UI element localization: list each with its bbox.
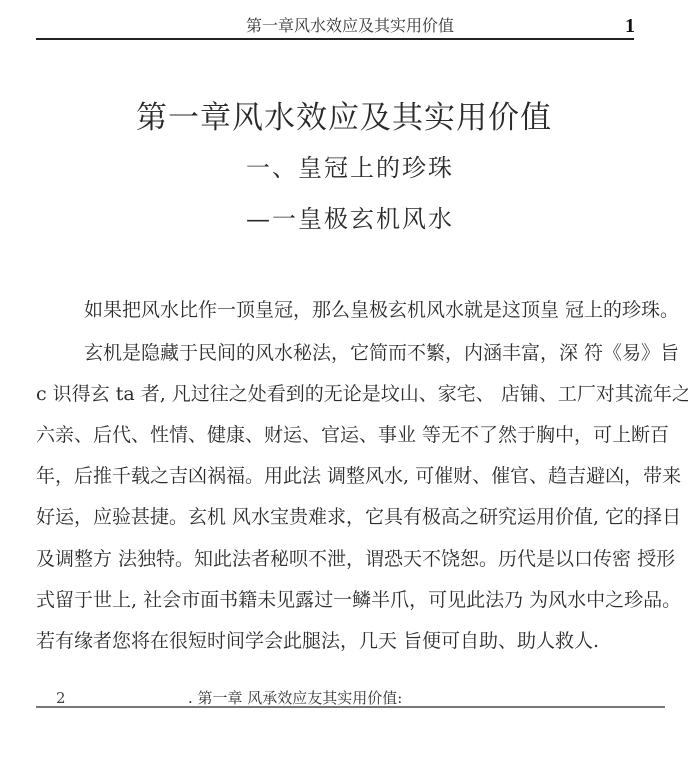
chapter-title: 第一章风水效应及其实用价值 bbox=[0, 98, 688, 138]
header-divider bbox=[36, 38, 634, 40]
footer-divider bbox=[36, 706, 665, 708]
section-heading: 一、皇冠上的珍珠 bbox=[0, 153, 688, 183]
paragraph-line: 如果把风水比作一顶皇冠，那么皇极玄机风水就是这顶皇 冠上的珍珠。 bbox=[84, 296, 664, 324]
paragraph-line: 若有缘者您将在很短时间学会此腿法，几天 旨便可自助、助人救人. bbox=[36, 627, 664, 655]
next-page-running-title: . 第一章 风承效应友其实用价值: bbox=[188, 688, 402, 708]
running-header-title: 第一章风水效应及其实用价值 bbox=[150, 16, 550, 36]
paragraph-line: 及调整方 法独特。知此法者秘呗不泄，谓恐天不饶恕。历代是以口传密 授形 bbox=[36, 545, 664, 573]
paragraph-line: c 识得玄 ta 者, 凡过往之处看到的无论是坟山、家宅、 店铺、工厂对其流年之 bbox=[36, 380, 664, 408]
page-number: 1 bbox=[620, 14, 640, 38]
next-page-number: 2 bbox=[56, 688, 66, 708]
paragraph-line: 式留于世上, 社会市面书籍未见露过一鳞半爪，可见此法乃 为风水中之珍品。 bbox=[36, 586, 664, 614]
paragraph-line: 六亲、后代、性情、健康、财运、官运、事业 等无不了然于胸中，可上断百 bbox=[36, 421, 664, 449]
section-subheading: —一皇极玄机风水 bbox=[0, 204, 688, 234]
paragraph-line: 好运，应验甚捷。玄机 风水宝贵难求，它具有极高之研究运用价值, 它的择日 bbox=[36, 503, 664, 531]
paragraph-line: 年，后推千载之吉凶祸福。用此法 调整风水, 可催财、催官、趋吉避凶，带来 bbox=[36, 462, 664, 490]
paragraph-line: 玄机是隐藏于民间的风水秘法，它简而不繁，内涵丰富，深 符《易》旨 bbox=[84, 339, 664, 367]
